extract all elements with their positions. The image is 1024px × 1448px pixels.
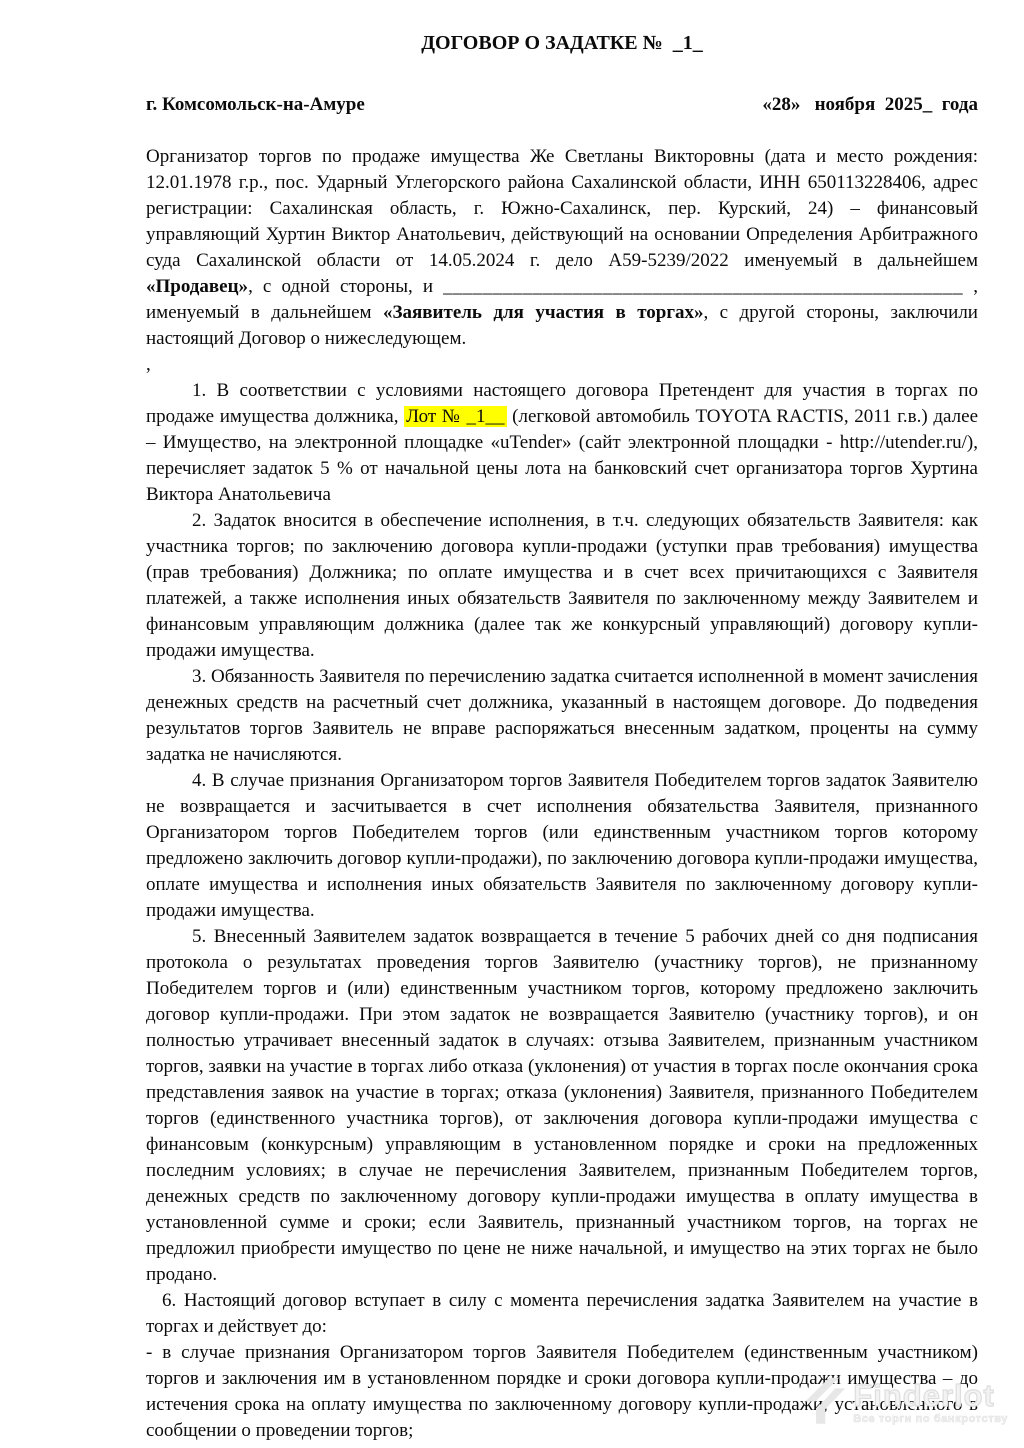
document-city: г. Комсомольск-на-Амуре bbox=[146, 92, 365, 118]
intro-paragraph: Организатор торгов по продаже имущества … bbox=[146, 144, 978, 352]
stray-comma: , bbox=[146, 352, 978, 378]
clause-4: 4. В случае признания Организатором торг… bbox=[146, 768, 978, 924]
finderlot-tagline-label: Все торги по банкротству bbox=[853, 1413, 1008, 1426]
document-date: «28» ноября 2025_ года bbox=[762, 92, 978, 118]
seller-term: «Продавец» bbox=[146, 276, 248, 297]
intro-text-2: , с одной стороны, и bbox=[248, 276, 443, 297]
finderlot-brand-label: Finderlot bbox=[853, 1381, 995, 1411]
contract-document-page: ДОГОВОР О ЗАДАТКЕ № _1_ г. Комсомольск-н… bbox=[0, 0, 1024, 1448]
clause-3: 3. Обязанность Заявителя по перечислению… bbox=[146, 664, 978, 768]
lot-number-highlight: Лот № _1__ bbox=[404, 406, 506, 427]
finderlot-watermark-text: Finderlot Все торги по банкротству bbox=[853, 1381, 1008, 1426]
clause-1: 1. В соответствии с условиями настоящего… bbox=[146, 378, 978, 508]
document-title: ДОГОВОР О ЗАДАТКЕ № _1_ bbox=[146, 30, 978, 56]
applicant-term: «Заявитель для участия в торгах» bbox=[383, 302, 704, 323]
finderlot-watermark: Finderlot Все торги по банкротству bbox=[800, 1372, 1008, 1434]
intro-text-1: Организатор торгов по продаже имущества … bbox=[146, 146, 978, 271]
applicant-name-blank-line: ________________________________________… bbox=[443, 276, 963, 297]
place-date-row: г. Комсомольск-на-Амуре «28» ноября 2025… bbox=[146, 92, 978, 118]
finderlot-logo-icon bbox=[800, 1372, 846, 1434]
clause-5: 5. Внесенный Заявителем задаток возвраща… bbox=[146, 924, 978, 1288]
clause-2: 2. Задаток вносится в обеспечение исполн… bbox=[146, 508, 978, 664]
clause-6: 6. Настоящий договор вступает в силу с м… bbox=[146, 1288, 978, 1340]
